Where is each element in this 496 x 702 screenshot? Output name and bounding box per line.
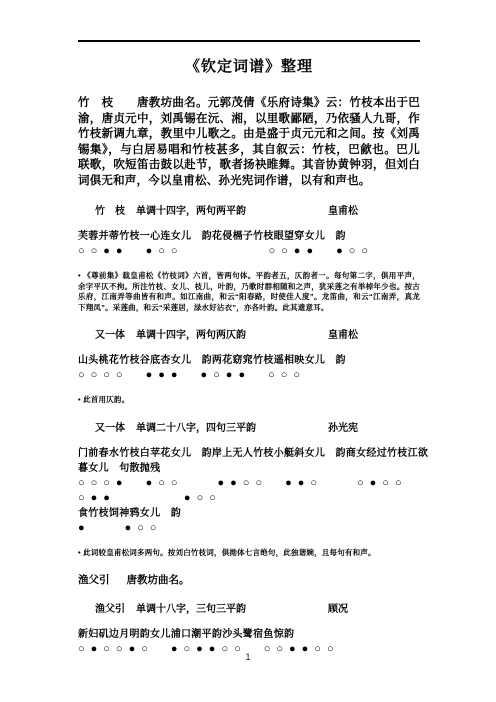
- tune-author: 孙光宪: [328, 419, 358, 434]
- tune-meter: 单调十四字，两句两平韵: [136, 206, 246, 217]
- poem-line: 山头桃花竹枝谷底杏女儿 韵两花窈窕竹枝遥相映女儿 韵: [78, 353, 420, 368]
- tune-header: 又一体单调二十八字，四句三平韵 孙光宪: [78, 419, 420, 434]
- document-page: 《钦定词谱》整理 竹 枝 唐教坊曲名。元郭茂倩《乐府诗集》云：竹枝本出于巴渝，唐…: [0, 0, 496, 702]
- page-number: 1: [0, 652, 496, 662]
- tune-header: 竹 枝单调十四字，两句两平韵 皇甫松: [78, 202, 420, 217]
- annotation-note: • 《尊前集》载皇甫松《竹枝词》六首，皆两句体。平韵者五，仄韵者一。每句第二字，…: [78, 271, 420, 313]
- tune-meter: 单调十四字，两句两仄韵: [136, 330, 246, 341]
- poem-line: 暮女儿 句散抛残: [78, 461, 420, 476]
- tune-header: 渔父引单调十八字，三句三平韵 顾况: [78, 600, 420, 615]
- tone-notation-row: ○○○● ●○○ ●●○○ ●●○ ○●○○: [78, 476, 420, 491]
- tone-notation-row: ● ●○○: [78, 521, 420, 536]
- tune-name: 又一体: [95, 423, 125, 434]
- poem-block: 门前春水竹枝白苹花女儿 韵岸上无人竹枝小艇斜女儿 韵商女经过竹枝江欲 暮女儿 句…: [78, 446, 420, 536]
- top-rule: [78, 40, 420, 42]
- tune-author: 顾况: [328, 600, 348, 615]
- cipai-desc: 唐教坊曲名。: [127, 574, 190, 586]
- cipai-intro-paragraph: 竹 枝 唐教坊曲名。元郭茂倩《乐府诗集》云：竹枝本出于巴渝，唐贞元中，刘禹锡在沅…: [78, 96, 420, 189]
- poem-line: 门前春水竹枝白苹花女儿 韵岸上无人竹枝小艇斜女儿 韵商女经过竹枝江欲: [78, 446, 420, 461]
- annotation-note: • 此词较皇甫松词多两句。按刘白竹枝词，俱拗体七言绝句，此独谐婉，且每句有和声。: [78, 548, 420, 559]
- tune-name: 又一体: [95, 330, 125, 341]
- tune-name: 竹 枝: [95, 206, 125, 217]
- tune-header: 又一体单调十四字，两句两仄韵 皇甫松: [78, 326, 420, 341]
- cipai-name: 渔父引: [78, 574, 110, 586]
- poem-block: 芙蓉并蒂竹枝一心连女儿 韵花侵槅子竹枝眼望穿女儿 韵 ○○●● ●○○ ○○●●…: [78, 229, 420, 259]
- tune-meter: 单调二十八字，四句三平韵: [136, 423, 256, 434]
- annotation-note: • 此首用仄韵。: [78, 395, 420, 406]
- poem-line: 食竹枝饲神鸦女儿 韵: [78, 506, 420, 521]
- poem-line: 新妇矶边月明韵女儿浦口潮平韵沙头鹭宿鱼惊韵: [78, 627, 420, 642]
- tune-author: 皇甫松: [328, 326, 358, 341]
- page-title: 《钦定词谱》整理: [78, 55, 420, 76]
- tune-name: 渔父引: [95, 604, 125, 615]
- cipai-section-header: 渔父引唐教坊曲名。: [78, 572, 420, 587]
- tone-notation-row: ○●● ●○○: [78, 491, 420, 506]
- tune-meter: 单调十八字，三句三平韵: [136, 604, 246, 615]
- poem-block: 山头桃花竹枝谷底杏女儿 韵两花窈窕竹枝遥相映女儿 韵 ○○○○ ●●● ●○●●…: [78, 353, 420, 383]
- tune-author: 皇甫松: [328, 202, 358, 217]
- tone-notation-row: ○○●● ●○○ ○○●● ●○○: [78, 244, 420, 259]
- poem-line: 芙蓉并蒂竹枝一心连女儿 韵花侵槅子竹枝眼望穿女儿 韵: [78, 229, 420, 244]
- tone-notation-row: ○○○○ ●●● ●○●● ○○○: [78, 368, 420, 383]
